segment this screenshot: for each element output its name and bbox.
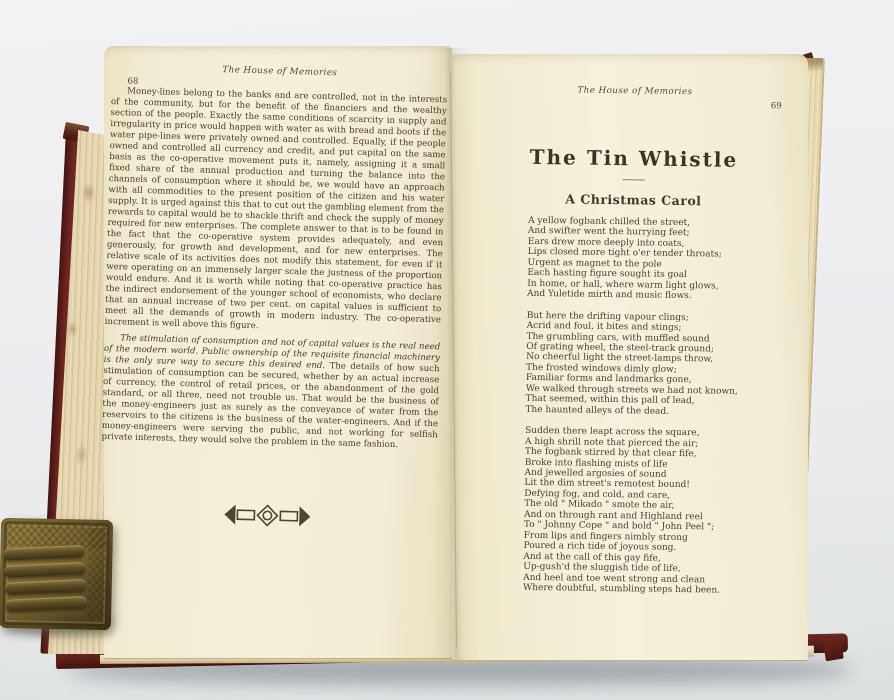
printers-fleuron-icon	[223, 503, 312, 531]
title-divider	[623, 179, 645, 180]
right-page-content: The House of Memories 69 The Tin Whistle…	[461, 84, 802, 608]
clasp-engraving-right	[87, 528, 107, 620]
paragraph: The stimulation of consumption and not o…	[101, 333, 440, 452]
right-page-number: 69	[771, 101, 782, 111]
clasp-ridge	[5, 579, 86, 595]
poem-stanza: But here the drifting vapour clings;Acri…	[525, 310, 798, 418]
book-photo: The House of Memories 68 Money-lines bel…	[0, 0, 894, 700]
clasp-ridge	[3, 545, 84, 561]
poem-subtitle: A Christmas Carol	[466, 190, 800, 210]
left-page-content: The House of Memories 68 Money-lines bel…	[101, 62, 448, 457]
poem: A yellow fogbank chilled the street,And …	[523, 216, 800, 597]
clasp-ridges	[3, 545, 87, 621]
poem-stanza: A yellow fogbank chilled the street,And …	[527, 216, 800, 303]
poem-title: The Tin Whistle	[467, 144, 801, 173]
clasp-ridge	[4, 562, 85, 578]
clasp-ridge	[6, 596, 87, 612]
paragraph-continuation: The details of how such stimulation of c…	[101, 361, 439, 450]
brass-clasp	[0, 518, 113, 630]
paragraph: Money-lines belong to the banks and are …	[105, 86, 448, 337]
left-page-number: 68	[127, 76, 138, 86]
left-page-body: Money-lines belong to the banks and are …	[101, 86, 447, 452]
poem-stanza: Sudden there leapt across the square,A h…	[523, 426, 797, 597]
book-cover-bottom-right-corner	[822, 635, 844, 662]
